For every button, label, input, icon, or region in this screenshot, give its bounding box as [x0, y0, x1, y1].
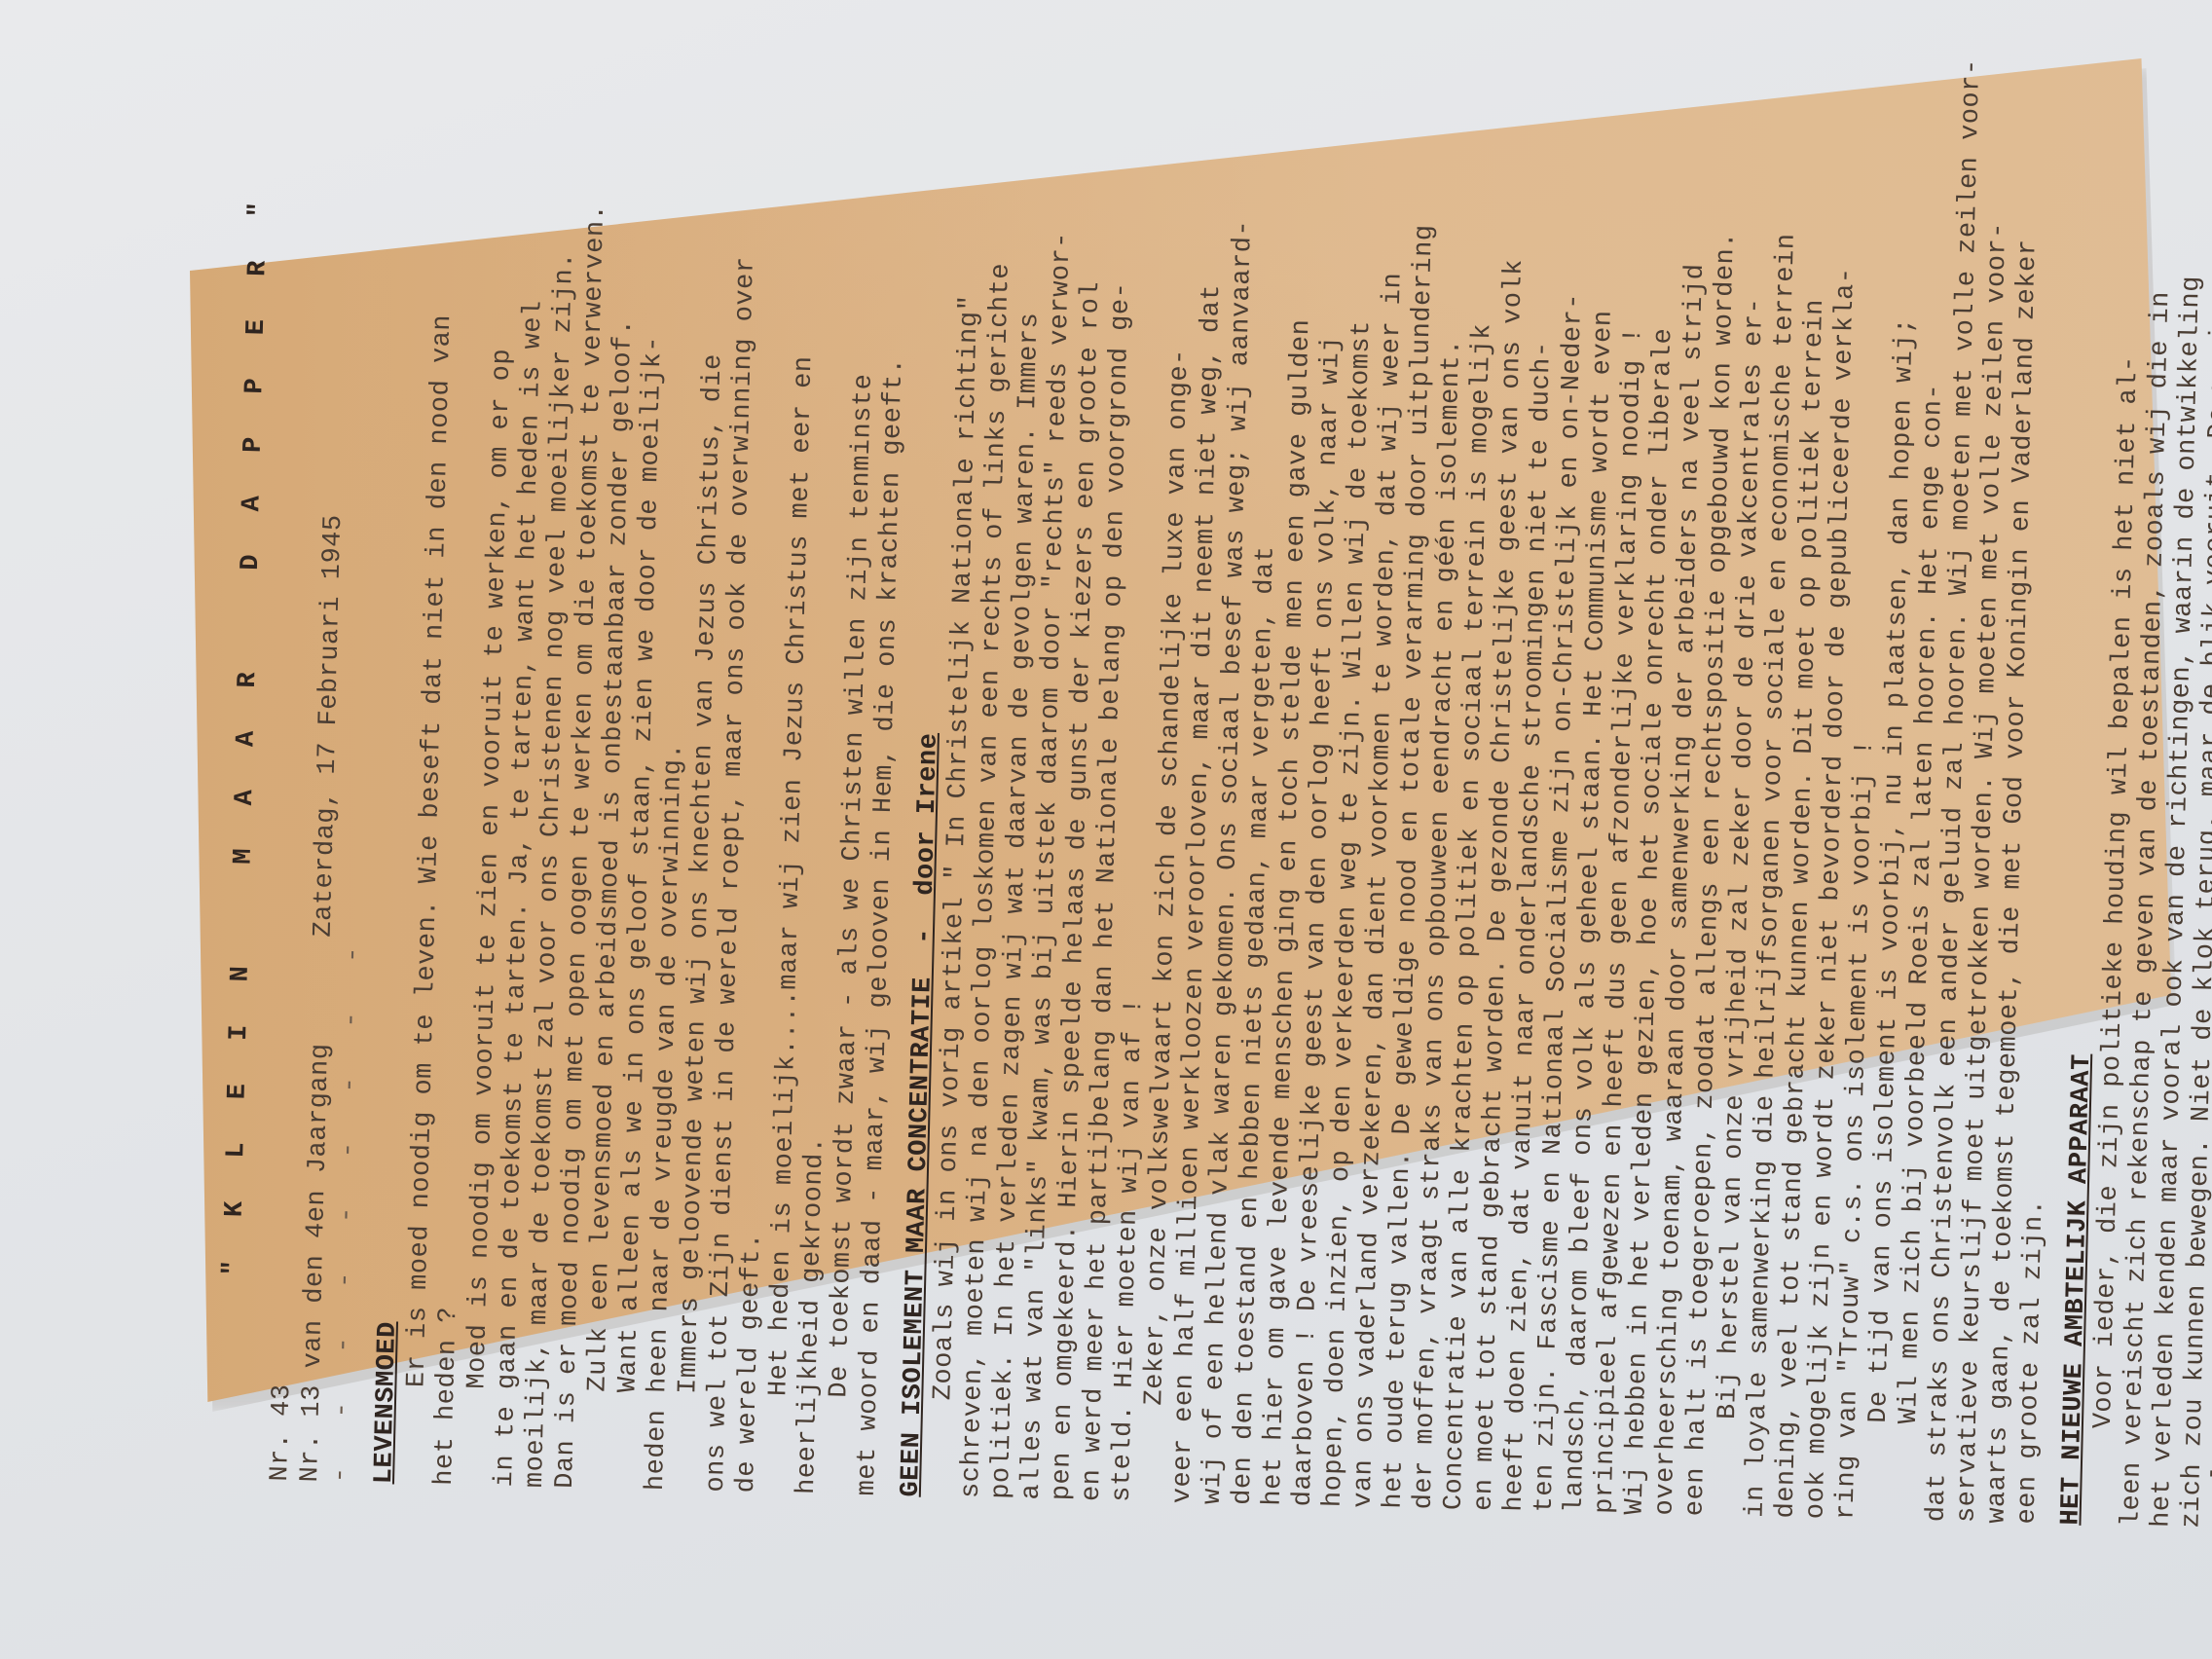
- typed-page: " K L E I N M A A R D A P P E R " Nr. 43…: [214, 312, 1898, 1520]
- article-section: HET NIEUWE AMBTELIJK APPARAATVoor ieder,…: [2056, 357, 2212, 1530]
- article-section: LEVENSMOEDEr is moed noodig om te leven.…: [370, 315, 911, 1496]
- article-section: GEEN ISOLEMENT MAAR CONCENTRATIE - door …: [897, 328, 2072, 1524]
- photo-scene: " K L E I N M A A R D A P P E R " Nr. 43…: [0, 0, 2212, 1659]
- article-sections: LEVENSMOEDEr is moed noodig om te leven.…: [370, 315, 2212, 1530]
